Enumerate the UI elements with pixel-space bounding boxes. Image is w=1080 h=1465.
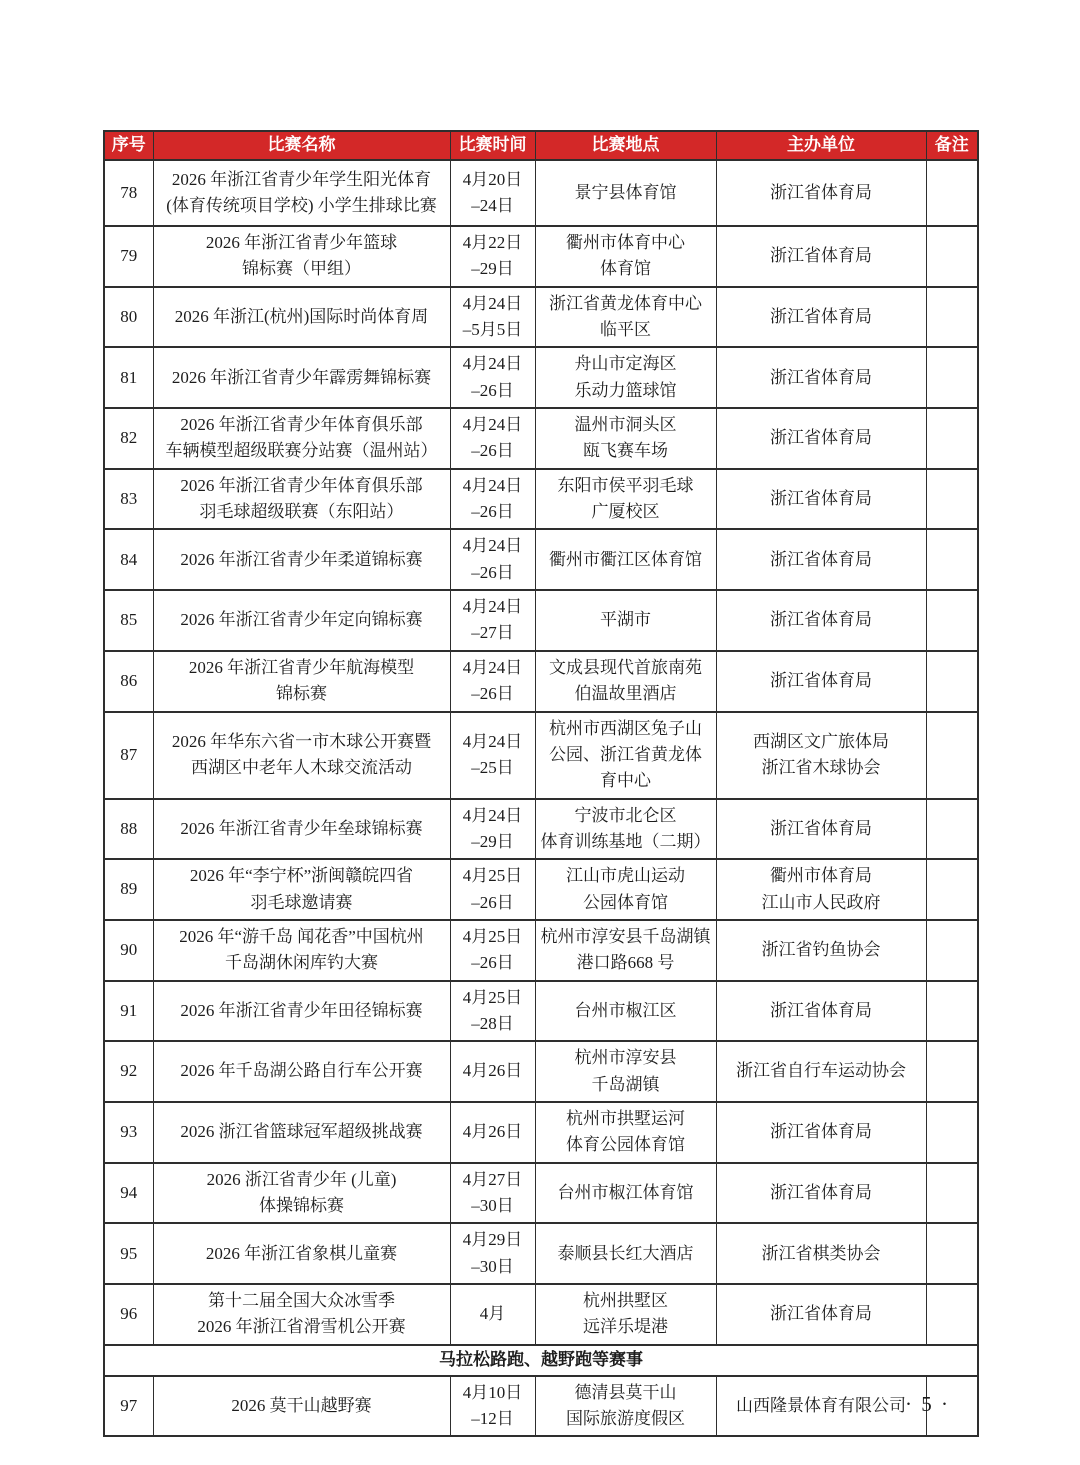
cell-place: 宁波市北仑区 体育训练基地（二期）	[535, 799, 716, 860]
cell-time: 4月25日 –28日	[450, 981, 535, 1042]
cell-name: 2026 年浙江省青少年垒球锦标赛	[153, 799, 450, 860]
cell-place: 平湖市	[535, 590, 716, 651]
cell-note	[926, 651, 978, 712]
cell-no: 91	[104, 981, 153, 1042]
cell-time: 4月10日 –12日	[450, 1376, 535, 1437]
table-row: 862026 年浙江省青少年航海模型 锦标赛4月24日 –26日文成县现代首旅南…	[104, 651, 978, 712]
cell-time: 4月24日 –29日	[450, 799, 535, 860]
cell-place: 杭州市淳安县千岛湖镇 港口路668 号	[535, 920, 716, 981]
cell-name: 2026 年浙江省象棋儿童赛	[153, 1223, 450, 1284]
cell-no: 84	[104, 529, 153, 590]
cell-no: 81	[104, 347, 153, 408]
table-row: 902026 年“游千岛 闻花香”中国杭州 千岛湖休闲库钓大赛4月25日 –26…	[104, 920, 978, 981]
cell-note	[926, 590, 978, 651]
cell-name: 2026 年浙江省青少年霹雳舞锦标赛	[153, 347, 450, 408]
cell-org: 浙江省体育局	[716, 981, 926, 1042]
cell-org: 浙江省体育局	[716, 1163, 926, 1224]
cell-no: 97	[104, 1376, 153, 1437]
cell-note	[926, 347, 978, 408]
table-row: 932026 浙江省篮球冠军超级挑战赛4月26日杭州市拱墅运河 体育公园体育馆浙…	[104, 1102, 978, 1163]
header-no: 序号	[104, 131, 153, 160]
table-row: 842026 年浙江省青少年柔道锦标赛4月24日 –26日衢州市衢江区体育馆浙江…	[104, 529, 978, 590]
header-name: 比赛名称	[153, 131, 450, 160]
cell-org: 浙江省体育局	[716, 1102, 926, 1163]
cell-note	[926, 712, 978, 799]
cell-time: 4月24日 –26日	[450, 529, 535, 590]
cell-note	[926, 469, 978, 530]
table-header: 序号 比赛名称 比赛时间 比赛地点 主办单位 备注	[104, 131, 978, 160]
cell-org: 浙江省体育局	[716, 1284, 926, 1345]
section-row: 马拉松路跑、越野跑等赛事	[104, 1345, 978, 1376]
document-page: 序号 比赛名称 比赛时间 比赛地点 主办单位 备注 782026 年浙江省青少年…	[0, 0, 1080, 1465]
cell-note	[926, 160, 978, 226]
header-time: 比赛时间	[450, 131, 535, 160]
header-note: 备注	[926, 131, 978, 160]
cell-time: 4月24日 –26日	[450, 651, 535, 712]
cell-org: 浙江省体育局	[716, 590, 926, 651]
cell-note	[926, 859, 978, 920]
cell-place: 衢州市衢江区体育馆	[535, 529, 716, 590]
cell-org: 浙江省体育局	[716, 408, 926, 469]
table-row: 812026 年浙江省青少年霹雳舞锦标赛4月24日 –26日舟山市定海区 乐动力…	[104, 347, 978, 408]
table-row: 832026 年浙江省青少年体育俱乐部 羽毛球超级联赛（东阳站）4月24日 –2…	[104, 469, 978, 530]
table-row: 972026 莫干山越野赛4月10日 –12日德清县莫干山 国际旅游度假区山西隆…	[104, 1376, 978, 1437]
cell-org: 浙江省棋类协会	[716, 1223, 926, 1284]
cell-org: 衢州市体育局 江山市人民政府	[716, 859, 926, 920]
cell-org: 浙江省钓鱼协会	[716, 920, 926, 981]
cell-time: 4月26日	[450, 1102, 535, 1163]
cell-no: 95	[104, 1223, 153, 1284]
cell-org: 浙江省体育局	[716, 160, 926, 226]
cell-note	[926, 1163, 978, 1224]
cell-note	[926, 981, 978, 1042]
table-row: 882026 年浙江省青少年垒球锦标赛4月24日 –29日宁波市北仑区 体育训练…	[104, 799, 978, 860]
cell-place: 温州市洞头区 瓯飞赛车场	[535, 408, 716, 469]
cell-org: 浙江省体育局	[716, 287, 926, 348]
table-row: 912026 年浙江省青少年田径锦标赛4月25日 –28日台州市椒江区浙江省体育…	[104, 981, 978, 1042]
cell-note	[926, 1041, 978, 1102]
cell-note	[926, 226, 978, 287]
cell-name: 2026 年“李宁杯”浙闽赣皖四省 羽毛球邀请赛	[153, 859, 450, 920]
cell-name: 2026 年“游千岛 闻花香”中国杭州 千岛湖休闲库钓大赛	[153, 920, 450, 981]
cell-time: 4月29日 –30日	[450, 1223, 535, 1284]
page-number: · 5 ·	[905, 1392, 950, 1417]
cell-time: 4月25日 –26日	[450, 859, 535, 920]
cell-place: 杭州市拱墅运河 体育公园体育馆	[535, 1102, 716, 1163]
cell-place: 江山市虎山运动 公园体育馆	[535, 859, 716, 920]
cell-time: 4月24日 –5月5日	[450, 287, 535, 348]
cell-no: 83	[104, 469, 153, 530]
table-row: 96第十二届全国大众冰雪季 2026 年浙江省滑雪机公开赛4月杭州拱墅区 远洋乐…	[104, 1284, 978, 1345]
cell-name: 第十二届全国大众冰雪季 2026 年浙江省滑雪机公开赛	[153, 1284, 450, 1345]
cell-name: 2026 年浙江省青少年航海模型 锦标赛	[153, 651, 450, 712]
cell-no: 85	[104, 590, 153, 651]
table-row: 922026 年千岛湖公路自行车公开赛4月26日杭州市淳安县 千岛湖镇浙江省自行…	[104, 1041, 978, 1102]
cell-time: 4月24日 –25日	[450, 712, 535, 799]
cell-place: 舟山市定海区 乐动力篮球馆	[535, 347, 716, 408]
table-row: 802026 年浙江(杭州)国际时尚体育周4月24日 –5月5日浙江省黄龙体育中…	[104, 287, 978, 348]
cell-no: 79	[104, 226, 153, 287]
cell-place: 杭州市淳安县 千岛湖镇	[535, 1041, 716, 1102]
table-row: 952026 年浙江省象棋儿童赛4月29日 –30日泰顺县长红大酒店浙江省棋类协…	[104, 1223, 978, 1284]
cell-name: 2026 年浙江省青少年篮球 锦标赛（甲组）	[153, 226, 450, 287]
cell-org: 浙江省体育局	[716, 799, 926, 860]
cell-place: 杭州市西湖区兔子山 公园、浙江省黄龙体 育中心	[535, 712, 716, 799]
cell-org: 西湖区文广旅体局 浙江省木球协会	[716, 712, 926, 799]
cell-no: 78	[104, 160, 153, 226]
section-header: 马拉松路跑、越野跑等赛事	[104, 1345, 978, 1376]
cell-place: 东阳市侯平羽毛球 广厦校区	[535, 469, 716, 530]
cell-no: 90	[104, 920, 153, 981]
cell-org: 浙江省体育局	[716, 469, 926, 530]
table-row: 822026 年浙江省青少年体育俱乐部 车辆模型超级联赛分站赛（温州站）4月24…	[104, 408, 978, 469]
cell-name: 2026 年浙江省青少年田径锦标赛	[153, 981, 450, 1042]
cell-place: 泰顺县长红大酒店	[535, 1223, 716, 1284]
cell-time: 4月24日 –26日	[450, 408, 535, 469]
cell-no: 96	[104, 1284, 153, 1345]
cell-place: 浙江省黄龙体育中心 临平区	[535, 287, 716, 348]
cell-note	[926, 287, 978, 348]
cell-name: 2026 年千岛湖公路自行车公开赛	[153, 1041, 450, 1102]
cell-name: 2026 年浙江省青少年定向锦标赛	[153, 590, 450, 651]
cell-no: 88	[104, 799, 153, 860]
cell-org: 浙江省体育局	[716, 529, 926, 590]
cell-note	[926, 529, 978, 590]
cell-note	[926, 799, 978, 860]
cell-note	[926, 1284, 978, 1345]
cell-org: 山西隆景体育有限公司	[716, 1376, 926, 1437]
table-row: 942026 浙江省青少年 (儿童) 体操锦标赛4月27日 –30日台州市椒江体…	[104, 1163, 978, 1224]
cell-place: 德清县莫干山 国际旅游度假区	[535, 1376, 716, 1437]
cell-time: 4月24日 –26日	[450, 469, 535, 530]
cell-no: 89	[104, 859, 153, 920]
cell-org: 浙江省体育局	[716, 651, 926, 712]
cell-time: 4月26日	[450, 1041, 535, 1102]
cell-time: 4月27日 –30日	[450, 1163, 535, 1224]
cell-org: 浙江省体育局	[716, 226, 926, 287]
cell-no: 93	[104, 1102, 153, 1163]
cell-time: 4月	[450, 1284, 535, 1345]
cell-name: 2026 年浙江省青少年体育俱乐部 羽毛球超级联赛（东阳站）	[153, 469, 450, 530]
cell-time: 4月20日 –24日	[450, 160, 535, 226]
cell-time: 4月22日 –29日	[450, 226, 535, 287]
cell-no: 87	[104, 712, 153, 799]
cell-time: 4月24日 –27日	[450, 590, 535, 651]
cell-name: 2026 浙江省青少年 (儿童) 体操锦标赛	[153, 1163, 450, 1224]
table-row: 782026 年浙江省青少年学生阳光体育 (体育传统项目学校) 小学生排球比赛4…	[104, 160, 978, 226]
cell-name: 2026 浙江省篮球冠军超级挑战赛	[153, 1102, 450, 1163]
header-org: 主办单位	[716, 131, 926, 160]
cell-name: 2026 莫干山越野赛	[153, 1376, 450, 1437]
cell-place: 台州市椒江区	[535, 981, 716, 1042]
cell-no: 86	[104, 651, 153, 712]
table-body: 782026 年浙江省青少年学生阳光体育 (体育传统项目学校) 小学生排球比赛4…	[104, 160, 978, 1436]
cell-note	[926, 1102, 978, 1163]
cell-place: 衢州市体育中心 体育馆	[535, 226, 716, 287]
cell-place: 景宁县体育馆	[535, 160, 716, 226]
cell-note	[926, 1223, 978, 1284]
cell-name: 2026 年浙江(杭州)国际时尚体育周	[153, 287, 450, 348]
cell-no: 82	[104, 408, 153, 469]
cell-time: 4月24日 –26日	[450, 347, 535, 408]
cell-name: 2026 年华东六省一市木球公开赛暨 西湖区中老年人木球交流活动	[153, 712, 450, 799]
cell-no: 80	[104, 287, 153, 348]
cell-note	[926, 408, 978, 469]
table-row: 892026 年“李宁杯”浙闽赣皖四省 羽毛球邀请赛4月25日 –26日江山市虎…	[104, 859, 978, 920]
cell-place: 杭州拱墅区 远洋乐堤港	[535, 1284, 716, 1345]
table-row: 792026 年浙江省青少年篮球 锦标赛（甲组）4月22日 –29日衢州市体育中…	[104, 226, 978, 287]
cell-name: 2026 年浙江省青少年体育俱乐部 车辆模型超级联赛分站赛（温州站）	[153, 408, 450, 469]
cell-place: 文成县现代首旅南苑 伯温故里酒店	[535, 651, 716, 712]
cell-note	[926, 920, 978, 981]
header-row: 序号 比赛名称 比赛时间 比赛地点 主办单位 备注	[104, 131, 978, 160]
cell-place: 台州市椒江体育馆	[535, 1163, 716, 1224]
cell-no: 94	[104, 1163, 153, 1224]
cell-name: 2026 年浙江省青少年学生阳光体育 (体育传统项目学校) 小学生排球比赛	[153, 160, 450, 226]
cell-name: 2026 年浙江省青少年柔道锦标赛	[153, 529, 450, 590]
cell-org: 浙江省体育局	[716, 347, 926, 408]
table-row: 872026 年华东六省一市木球公开赛暨 西湖区中老年人木球交流活动4月24日 …	[104, 712, 978, 799]
cell-org: 浙江省自行车运动协会	[716, 1041, 926, 1102]
competition-table: 序号 比赛名称 比赛时间 比赛地点 主办单位 备注 782026 年浙江省青少年…	[103, 130, 979, 1437]
table-row: 852026 年浙江省青少年定向锦标赛4月24日 –27日平湖市浙江省体育局	[104, 590, 978, 651]
header-place: 比赛地点	[535, 131, 716, 160]
cell-time: 4月25日 –26日	[450, 920, 535, 981]
cell-no: 92	[104, 1041, 153, 1102]
